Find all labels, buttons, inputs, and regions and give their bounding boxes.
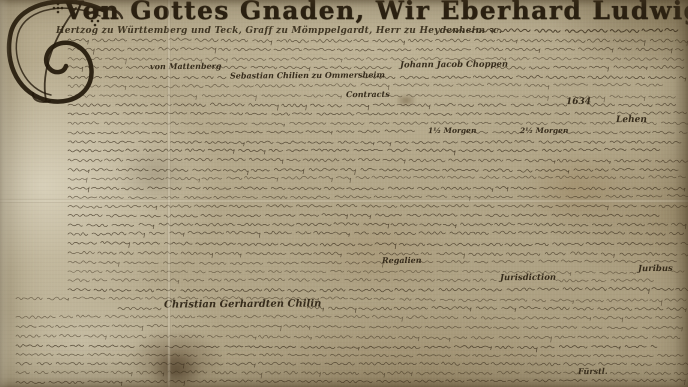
legible-fragment: Lehen [616,115,647,125]
script-line [418,260,676,263]
legible-fragment: Regalien [382,255,422,265]
script-line [118,307,161,310]
script-line [386,94,675,102]
initial-flourish-dot [53,7,56,10]
script-line [68,223,686,229]
script-line [68,231,684,237]
legible-fragment: 1½ Morgen [428,126,476,135]
script-line [68,204,687,209]
script-line [68,94,342,101]
legible-fragment: Johann Jacob Choppen [400,60,508,71]
script-line [362,75,686,81]
script-line [68,38,688,46]
script-line [16,344,657,351]
script-line [16,334,680,342]
script-line [307,306,686,312]
legible-fragment: Christian Gerhardten Chilin [164,299,321,311]
script-line [16,315,682,322]
script-line [68,251,688,258]
script-line [610,372,688,375]
script-line [68,148,660,155]
script-line [68,194,688,200]
script-line [16,325,683,332]
script-line [68,176,686,183]
script-line [558,131,687,134]
legible-fragment: Jurisdiction [500,273,556,283]
initial-flourish-dot [57,11,60,14]
script-line [16,379,685,386]
script-line [68,103,567,110]
script-line [68,158,688,163]
script-line [68,287,688,293]
script-line [68,140,681,146]
initial-flourish-dot [57,3,60,6]
charter-heading: Von Gottes Gnaden, Wir Eberhard Ludwig, [64,0,688,25]
script-line [68,214,659,219]
script-line [68,241,688,248]
script-line [68,130,415,135]
initial-flourish-dot [57,7,60,10]
legible-fragment: Juribus [638,264,673,274]
script-line [68,278,496,283]
script-line [491,65,684,71]
legible-fragment: von Mattenberg [150,61,221,71]
legible-fragment: 1634 [566,97,591,107]
legible-fragment: 2½ Morgen [520,126,568,135]
script-line [68,168,678,174]
legible-fragment: Sebastian Chilien zu Ommersheim [230,69,385,80]
initial-flourish-dot [61,7,64,10]
charter-subheading: Hertzog zu Württemberg und Teck, Graff z… [56,23,502,36]
legible-fragment: Fürstl. [578,366,608,376]
script-line [556,279,654,282]
script-line [16,371,578,379]
script-line [68,66,151,72]
script-line [68,186,685,192]
script-line [672,271,684,273]
handwritten-script-layer [0,0,688,387]
script-line [588,103,676,106]
script-line [16,297,686,306]
script-line [68,261,383,267]
legible-fragment: Contracts [346,88,390,98]
script-line [68,112,687,116]
script-line [642,122,688,125]
script-line [16,353,683,357]
script-line [68,47,683,54]
manuscript-photograph: Von Gottes Gnaden, Wir Eberhard Ludwig, … [0,0,688,387]
